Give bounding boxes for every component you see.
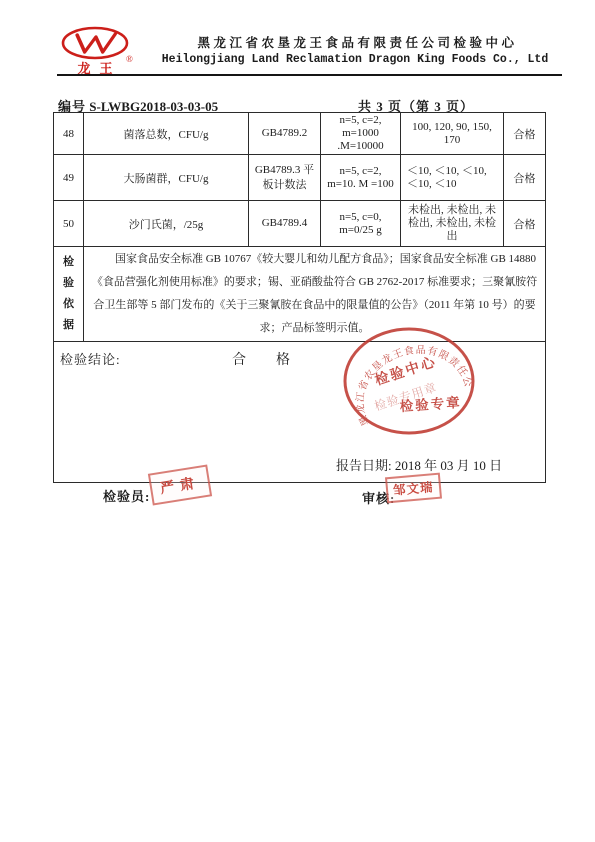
row-item: 沙门氏菌，/25g — [84, 201, 249, 247]
row-requirement: n=5, c=2, m=10. M =100 — [321, 155, 401, 201]
basis-label-char: 据 — [57, 315, 80, 336]
basis-text-content: 国家食品安全标准 GB 10767《较大婴儿和幼儿配方食品》；国家食品安全标准 … — [92, 253, 537, 334]
row-result: ＜10, ＜10, ＜10, ＜10, ＜10 — [401, 155, 504, 201]
row-conclusion: 合格 — [504, 201, 546, 247]
inspection-basis-label: 检 验 依 据 — [54, 247, 84, 342]
basis-label-char: 验 — [57, 273, 80, 294]
registered-trademark-icon: ® — [126, 54, 133, 64]
dragon-king-logo: 龙王 ® — [60, 26, 138, 76]
report-date-label: 报告日期: — [336, 458, 392, 473]
report-date-value: 2018 年 03 月 10 日 — [395, 458, 502, 473]
company-name-zh: 黑龙江省农垦龙王食品有限责任公司检验中心 — [150, 33, 565, 51]
conclusion-value: 合格 — [232, 349, 320, 369]
table-row: 50 沙门氏菌，/25g GB4789.4 n=5, c=0, m=0/25 g… — [54, 201, 546, 247]
row-requirement: n=5, c=2, m=1000 .M=10000 — [321, 113, 401, 155]
row-no: 50 — [54, 201, 84, 247]
row-no: 49 — [54, 155, 84, 201]
row-no: 48 — [54, 113, 84, 155]
company-name-en: Heilongjiang Land Reclamation Dragon Kin… — [140, 53, 570, 66]
row-requirement: n=5, c=0, m=0/25 g — [321, 201, 401, 247]
row-method: GB4789.2 — [249, 113, 321, 155]
row-item: 大肠菌群，CFU/g — [84, 155, 249, 201]
row-item: 菌落总数，CFU/g — [84, 113, 249, 155]
company-seal-stamp: 黑龙江省农垦龙王食品有限责任公司 检验中心 检验专用章 检验专章 — [341, 325, 477, 437]
basis-label-char: 依 — [57, 294, 80, 315]
inspector-label: 检验员: — [103, 486, 150, 505]
row-result: 未检出, 未检出, 未检出, 未检出, 未检出 — [401, 201, 504, 247]
table-row: 48 菌落总数，CFU/g GB4789.2 n=5, c=2, m=1000 … — [54, 113, 546, 155]
inspection-report-page: 龙王 ® 黑龙江省农垦龙王食品有限责任公司检验中心 Heilongjiang L… — [0, 0, 595, 842]
row-conclusion: 合格 — [504, 155, 546, 201]
row-conclusion: 合格 — [504, 113, 546, 155]
basis-label-char: 检 — [57, 252, 80, 273]
row-method: GB4789.3 平板计数法 — [249, 155, 321, 201]
header-divider — [57, 74, 562, 76]
table-row: 49 大肠菌群，CFU/g GB4789.3 平板计数法 n=5, c=2, m… — [54, 155, 546, 201]
row-result: 100, 120, 90, 150, 170 — [401, 113, 504, 155]
row-method: GB4789.4 — [249, 201, 321, 247]
report-date: 报告日期: 2018 年 03 月 10 日 — [336, 455, 502, 474]
conclusion-label: 检验结论: — [60, 349, 121, 368]
reviewer-name-stamp: 邹文瑞 — [385, 473, 442, 504]
